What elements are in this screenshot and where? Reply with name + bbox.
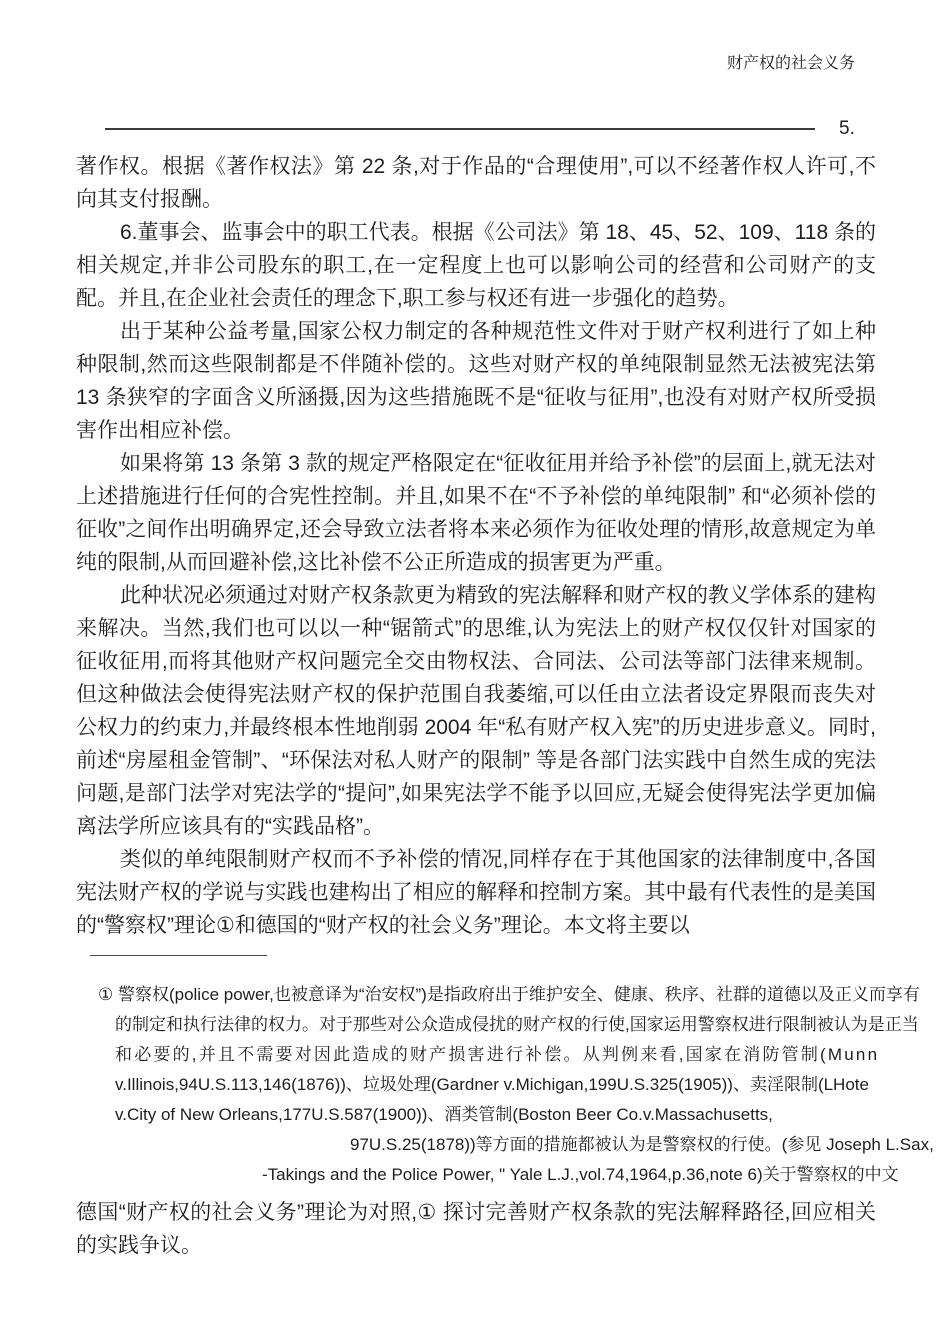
footnote-line: 的制定和执行法律的权力。对于那些对公众造成侵扰的财产权的行使,国家运用警察权进行…: [115, 1010, 876, 1040]
separator-rule: [105, 128, 815, 130]
running-header-title: 财产权的社会义务: [727, 54, 855, 74]
footnote-line: v.Illinois,94U.S.113,146(1876))、垃圾处理(Gar…: [115, 1070, 876, 1100]
body-continuation-paragraph: 德国“财产权的社会义务”理论为对照,① 探讨完善财产权条款的宪法解释路径,回应相…: [76, 1196, 876, 1262]
footnote-block: ① 警察权(police power,也被意译为“治安权”)是指政府出于维护安全…: [76, 980, 876, 1190]
body-paragraph: 出于某种公益考量,国家公权力制定的各种规范性文件对于财产权利进行了如上种种限制,…: [76, 315, 876, 447]
body-paragraph: 类似的单纯限制财产权而不予补偿的情况,同样存在于其他国家的法律制度中,各国宪法财…: [76, 843, 876, 942]
footnote-line: 97U.S.25(1878))等方面的措施都被认为是警察权的行使。(参见 Jos…: [350, 1130, 876, 1160]
body-paragraphs: 著作权。根据《著作权法》第 22 条,对于作品的“合理使用”,可以不经著作权人许…: [76, 150, 876, 942]
footnote-line: -Takings and the Police Power, " Yale L.…: [262, 1160, 876, 1190]
body-paragraph: 著作权。根据《著作权法》第 22 条,对于作品的“合理使用”,可以不经著作权人许…: [76, 150, 876, 216]
page-content: 5. 著作权。根据《著作权法》第 22 条,对于作品的“合理使用”,可以不经著作…: [76, 118, 876, 1262]
body-paragraph: 此种状况必须通过对财产权条款更为精致的宪法解释和财产权的教义学体系的建构来解决。…: [76, 579, 876, 843]
footnote-line: v.City of New Orleans,177U.S.587(1900))、…: [115, 1100, 876, 1130]
footnote-continuation-separator: 5.: [76, 118, 876, 140]
body-paragraph: 如果将第 13 条第 3 款的规定严格限定在“征收征用并给予补偿”的层面上,就无…: [76, 447, 876, 579]
body-paragraph: 6.董事会、监事会中的职工代表。根据《公司法》第 18、45、52、109、11…: [76, 216, 876, 315]
footnote-line: 和必要的,并且不需要对因此造成的财产损害进行补偿。从判例来看,国家在消防管制(M…: [115, 1040, 876, 1070]
footnote-separator-rule: [90, 955, 267, 956]
footnote-number: 5.: [839, 118, 855, 140]
footnote-line: ① 警察权(police power,也被意译为“治安权”)是指政府出于维护安全…: [98, 980, 876, 1010]
document-page: 财产权的社会义务 5. 著作权。根据《著作权法》第 22 条,对于作品的“合理使…: [0, 0, 950, 1344]
